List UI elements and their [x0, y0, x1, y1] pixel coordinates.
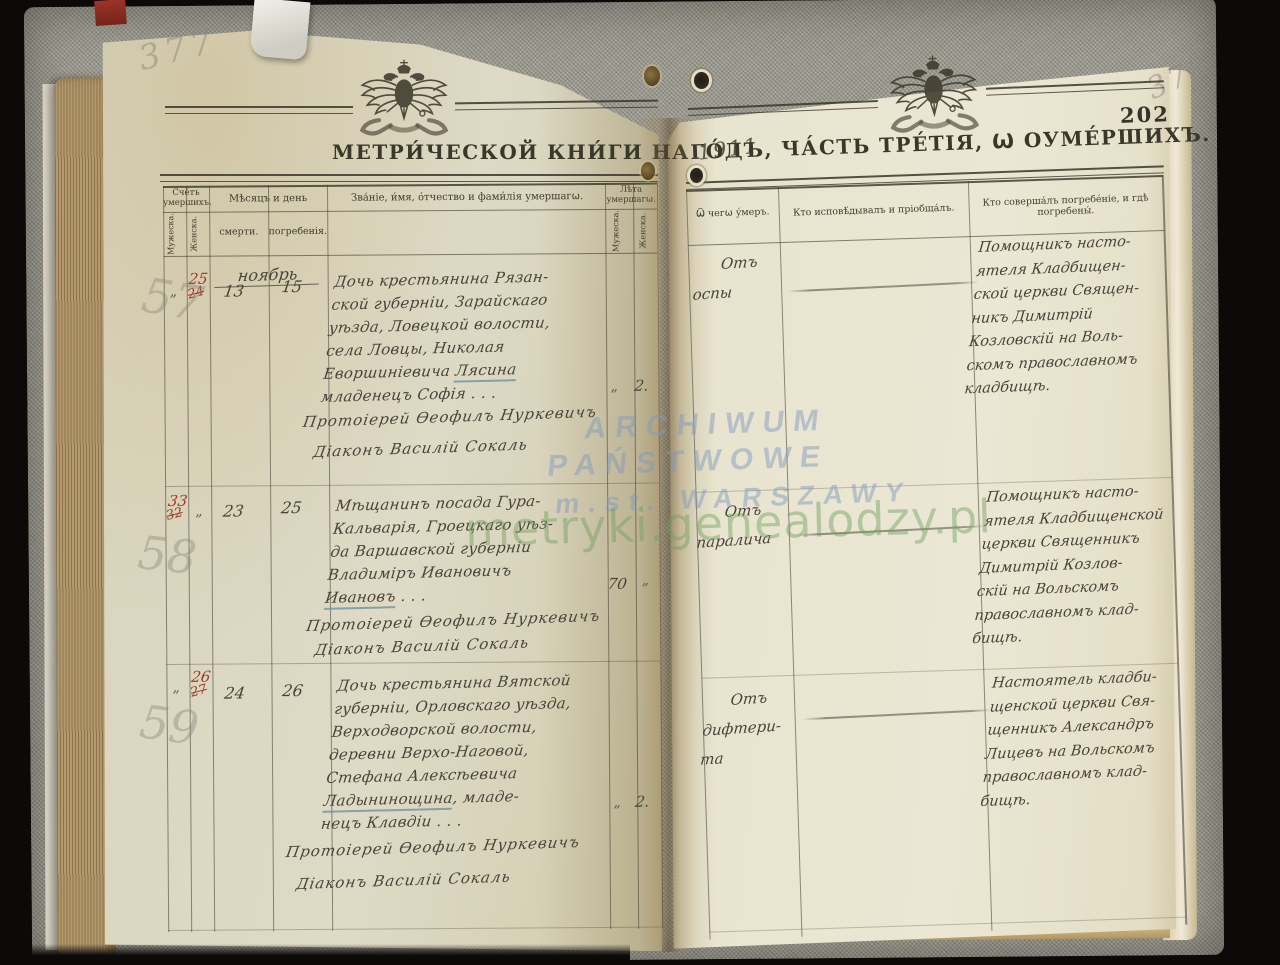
- entry1-confessor-dash: [787, 281, 979, 292]
- entry3-burial-day: 26: [281, 681, 304, 700]
- entry2-death-day: 23: [222, 501, 245, 520]
- binding-hole-icon: [694, 72, 709, 89]
- header-month-day: Мѣсяцъ и день: [209, 193, 327, 205]
- double-headed-eagle-icon: [354, 56, 454, 151]
- entry2-signature-priest: Протоіерей Ѳеофилъ Нуркевичъ: [305, 607, 602, 635]
- header-count-male: Мужеска.: [166, 213, 175, 255]
- entry3-burial-text: Настоятель кладби-щенской церкви Свя-щен…: [979, 665, 1175, 814]
- entry1-signature-deacon: Діаконъ Василій Сокаль: [312, 435, 529, 460]
- binding-grommet-icon: [641, 162, 655, 180]
- entry3-age-male-ditto: „: [613, 795, 620, 811]
- entry3-count-female-crossed: 27: [189, 682, 209, 701]
- entry3-confessor-dash: [803, 709, 993, 720]
- entry2-count-female-ditto: „: [195, 504, 202, 520]
- entry1-age-male-ditto: „: [610, 379, 617, 395]
- shadow-mask: [0, 944, 630, 965]
- entry1-burial-day: 15: [280, 277, 303, 296]
- register-title-left-text: МЕТРИ́ЧЕСКОЙ КНИ́ГИ НА: [332, 140, 690, 164]
- entry2-age-male: 70: [607, 575, 628, 593]
- margin-number-entry3: 59: [137, 694, 202, 756]
- entry1-description: Дочь крестьянина Рязан-ской губерніи, За…: [320, 264, 613, 409]
- entry2-burial-day: 25: [280, 498, 303, 517]
- entry3-cause: Отъдифтери-та: [699, 682, 794, 775]
- header-age-male: Мужеска.: [611, 210, 620, 252]
- red-bookmark: [94, 0, 127, 26]
- entry3-signature-priest: Протоіерей Ѳеофилъ Нуркевичъ: [285, 833, 582, 861]
- margin-number-entry1: 57: [138, 267, 208, 333]
- entry2-burial-text: Помощникъ насто-ятеля Кладбищенскойцеркв…: [971, 479, 1170, 651]
- header-confessor: Кто исповѣ́дывалъ и пріобща́лъ.: [783, 203, 965, 220]
- table-line: [163, 209, 657, 213]
- left-table: Счётъ умершихъ. Мужеска. Женска. Мѣсяцъ …: [163, 183, 664, 932]
- entry2-signature-deacon: Діаконъ Василій Сокаль: [313, 633, 530, 658]
- entry1-death-day: 13: [222, 281, 245, 300]
- table-line: [163, 253, 657, 257]
- margin-number-entry2: 58: [135, 525, 199, 585]
- header-death-day: смерти.: [209, 227, 268, 238]
- ornamental-rule: [165, 106, 353, 114]
- table-line: [633, 183, 639, 929]
- entry1-burial-text: Помощникъ насто-ятеля Кладбищен-ской цер…: [963, 229, 1162, 401]
- entry3-count-male-ditto: „: [172, 680, 179, 696]
- header-person: Зва́ніе, и́мя, о́тчество и фами́лія умер…: [331, 191, 603, 204]
- table-line: [209, 186, 215, 932]
- entry3-signature-deacon: Діаконъ Василій Сокаль: [295, 868, 512, 893]
- right-table: Ѿ чегѡ у́меръ. Кто исповѣ́дывалъ и пріоб…: [686, 175, 1187, 940]
- table-line: [268, 185, 274, 931]
- header-cause: Ѿ чегѡ у́меръ.: [689, 207, 777, 221]
- entry1-cause: Отъоспы: [692, 246, 781, 310]
- binding-grommet-icon: [644, 66, 660, 86]
- header-count-group: Счётъ умершихъ.: [163, 189, 209, 209]
- header-count-female: Женска.: [189, 213, 198, 255]
- table-line: [165, 483, 659, 487]
- underlined-surname: Ивановъ: [324, 587, 397, 610]
- entry2-count-male-crossed: 32: [165, 505, 185, 524]
- paper-tab: [250, 0, 311, 60]
- underlined-surname: Лясина: [454, 360, 518, 383]
- entry3-death-day: 24: [223, 683, 246, 702]
- header-burial-officiant: Кто соверша́лъ погребе́ніе, и гдѣ погреб…: [972, 193, 1159, 221]
- table-line: [778, 187, 803, 937]
- ornamental-rule: [160, 174, 658, 182]
- entry3-description: Дочь крестьянина Вятскойгуберніи, Орловс…: [320, 668, 619, 836]
- table-line: [166, 661, 660, 665]
- header-burial-day: погребенія.: [268, 227, 327, 238]
- binding-hole-icon: [690, 168, 703, 183]
